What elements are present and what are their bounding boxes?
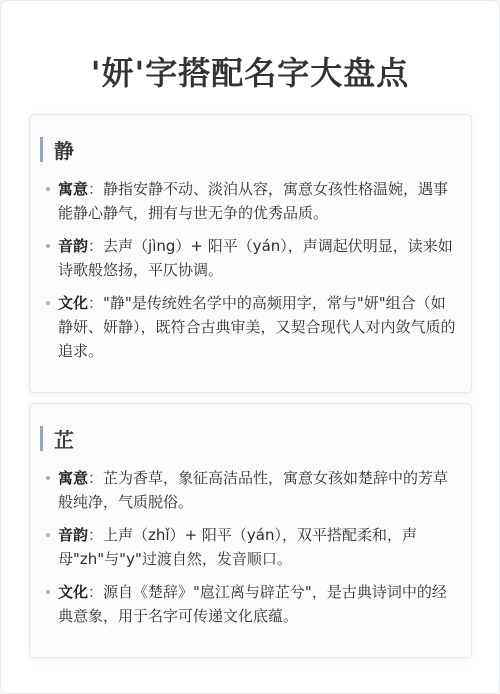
card-header: 芷 [40,424,459,452]
list-item-meaning: 寓意：静指安静不动、淡泊从容，寓意女孩性格温婉，遇事能静心静气，拥有与世无争的优… [40,177,459,225]
bullet-icon [46,533,50,537]
item-separator: ： [88,469,103,487]
item-label: 文化 [58,583,88,601]
item-label: 寓意 [58,180,88,198]
list-item-phonetics: 音韵：上声（zhǐ）+ 阳平（yán），双平搭配柔和，声母"zh"与"y"过渡自… [40,523,459,571]
bullet-icon [46,590,50,594]
list-item-phonetics: 音韵：去声（jìng）+ 阳平（yán），声调起伏明显，读来如诗歌般悠扬，平仄协… [40,234,459,282]
item-text: 上声（zhǐ）+ 阳平（yán），双平搭配柔和，声母"zh"与"y"过渡自然，发… [58,526,417,568]
card-title: 芷 [54,424,74,453]
item-text: 芷为香草，象征高洁品性，寓意女孩如楚辞中的芳草般纯净，气质脱俗。 [58,469,448,511]
accent-bar [40,137,43,162]
item-label: 音韵 [58,237,88,255]
list-item-culture: 文化：源自《楚辞》"扈江离与辟芷兮"，是古典诗词中的经典意象，用于名字可传递文化… [40,580,459,628]
accent-bar [40,426,43,451]
item-text: 静指安静不动、淡泊从容，寓意女孩性格温婉，遇事能静心静气，拥有与世无争的优秀品质… [58,180,448,222]
bullet-icon [46,301,50,305]
name-card-jing: 静 寓意：静指安静不动、淡泊从容，寓意女孩性格温婉，遇事能静心静气，拥有与世无争… [29,114,472,393]
item-separator: ： [88,237,103,255]
attribute-list: 寓意：芷为香草，象征高洁品性，寓意女孩如楚辞中的芳草般纯净，气质脱俗。 音韵：上… [40,466,459,628]
card-header: 静 [40,135,459,163]
item-text: 源自《楚辞》"扈江离与辟芷兮"，是古典诗词中的经典意象，用于名字可传递文化底蕴。 [58,583,447,625]
bullet-icon [46,187,50,191]
item-separator: ： [88,583,103,601]
item-separator: ： [88,180,103,198]
list-item-meaning: 寓意：芷为香草，象征高洁品性，寓意女孩如楚辞中的芳草般纯净，气质脱俗。 [40,466,459,514]
item-text: 去声（jìng）+ 阳平（yán），声调起伏明显，读来如诗歌般悠扬，平仄协调。 [58,237,453,279]
item-label: 寓意 [58,469,88,487]
attribute-list: 寓意：静指安静不动、淡泊从容，寓意女孩性格温婉，遇事能静心静气，拥有与世无争的优… [40,177,459,363]
item-separator: ： [88,526,103,544]
name-card-zhi: 芷 寓意：芷为香草，象征高洁品性，寓意女孩如楚辞中的芳草般纯净，气质脱俗。 音韵… [29,403,472,658]
bullet-icon [46,244,50,248]
list-item-culture: 文化："静"是传统姓名学中的高频用字，常与"妍"组合（如静妍、妍静），既符合古典… [40,291,459,363]
item-label: 文化 [58,294,88,312]
item-separator: ： [88,294,103,312]
card-title: 静 [54,135,74,164]
bullet-icon [46,476,50,480]
item-text: "静"是传统姓名学中的高频用字，常与"妍"组合（如静妍、妍静），既符合古典审美，… [58,294,456,360]
page: '妍'字搭配名字大盘点 静 寓意：静指安静不动、淡泊从容，寓意女孩性格温婉，遇事… [0,0,500,694]
page-title: '妍'字搭配名字大盘点 [1,51,499,95]
item-label: 音韵 [58,526,88,544]
